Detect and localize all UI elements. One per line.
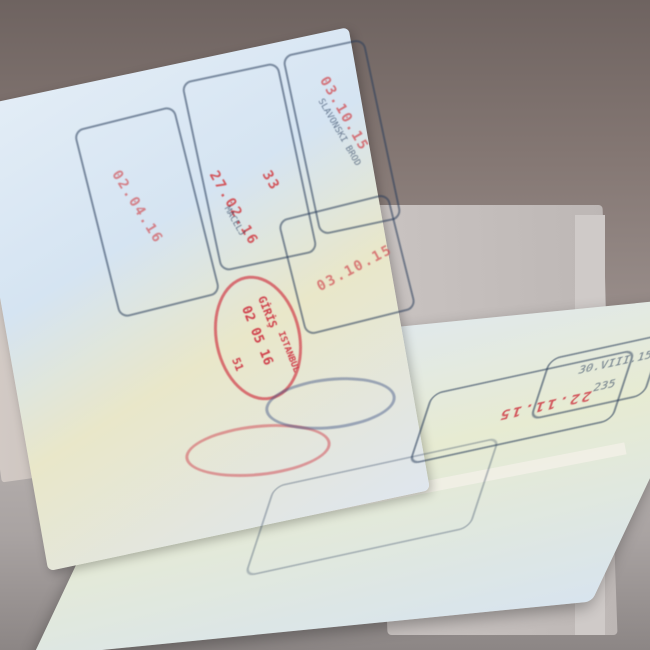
stamp-date: 30.VIII.15 bbox=[576, 348, 650, 377]
passport-photo: >>>>96296>> >>>>>>>>>> 27.02.16 33 MACEL… bbox=[0, 0, 650, 650]
stamp-number: 51 bbox=[229, 356, 246, 373]
stamp-number: 235 bbox=[591, 377, 617, 394]
stamp-city: ISTANBUL bbox=[275, 330, 301, 374]
stamp-date: 03.10.15 bbox=[314, 242, 395, 295]
stamp-date: 02.04.16 bbox=[108, 168, 166, 247]
stamp-date: 27.02.16 bbox=[206, 168, 262, 248]
stamp-number: 33 bbox=[259, 168, 283, 194]
